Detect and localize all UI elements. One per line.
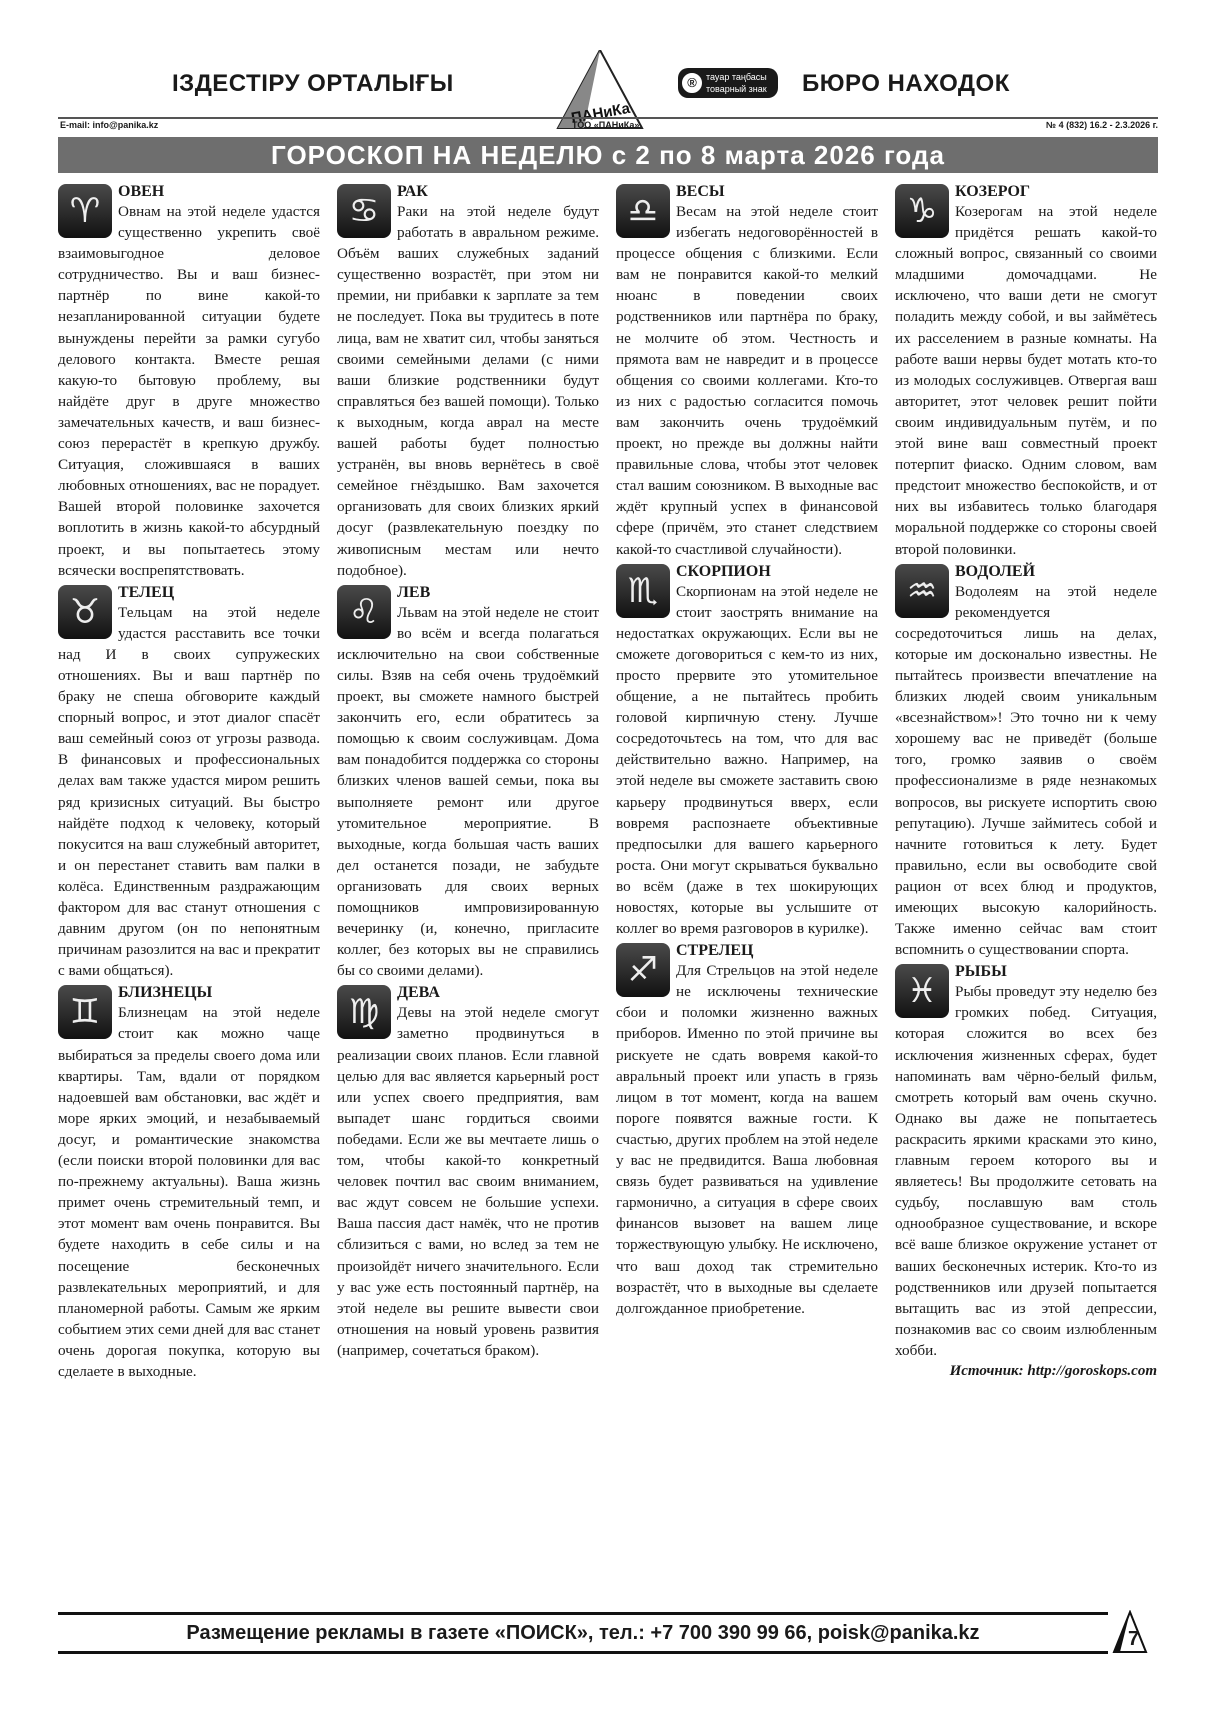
aries-icon: ♈ [58, 184, 112, 238]
sign-virgo: ♍ ДЕВА Девы на этой неделе смогут заметн… [337, 983, 599, 1361]
sagittarius-icon: ♐ [616, 943, 670, 997]
sign-text: Козерогам на этой неделе придётся решать… [895, 201, 1157, 560]
gemini-icon: ♊ [58, 985, 112, 1039]
sign-sagittarius: ♐ СТРЕЛЕЦ Для Стрельцов на этой неделе н… [616, 941, 878, 1319]
sign-leo: ♌ ЛЕВ Львам на этой неделе не стоит во в… [337, 583, 599, 982]
sign-text: Рыбы проведут эту неделю без громких поб… [895, 981, 1157, 1361]
registered-icon: ® [682, 73, 702, 93]
sign-aquarius: ♒ ВОДОЛЕЙ Водолеям на этой неделе рекоме… [895, 562, 1157, 961]
trademark-ru: товарный знак [706, 84, 767, 94]
sign-taurus: ♉ ТЕЛЕЦ Тельцам на этой неделе удастся р… [58, 583, 320, 982]
horoscope-columns: ♈ ОВЕН Овнам на этой неделе удастся суще… [58, 182, 1158, 1592]
masthead-right-title: БЮРО НАХОДОК [802, 70, 1010, 98]
sign-text: Овнам на этой неделе удастся существенно… [58, 201, 320, 581]
page-number: 7 [1128, 1628, 1139, 1651]
trademark-badge: ® тауар таңбасы товарный знак [678, 68, 778, 98]
sign-text: Для Стрельцов на этой неделе не исключен… [616, 960, 878, 1319]
masthead-rule [58, 117, 1158, 119]
scorpio-icon: ♏ [616, 564, 670, 618]
sign-text: Львам на этой неделе не стоит во всём и … [337, 602, 599, 982]
libra-icon: ♎ [616, 184, 670, 238]
virgo-icon: ♍ [337, 985, 391, 1039]
sign-gemini: ♊ БЛИЗНЕЦЫ Близнецам на этой неделе стои… [58, 983, 320, 1382]
leo-icon: ♌ [337, 585, 391, 639]
sign-text: Раки на этой неделе будут работать в авр… [337, 201, 599, 581]
sign-scorpio: ♏ СКОРПИОН Скорпионам на этой неделе не … [616, 562, 878, 940]
sign-capricorn: ♑ КОЗЕРОГ Козерогам на этой неделе придё… [895, 182, 1157, 560]
source-link[interactable]: Источник: http://goroskops.com [895, 1363, 1157, 1380]
sign-text: Водолеям на этой неделе рекомендуется со… [895, 581, 1157, 961]
taurus-icon: ♉ [58, 585, 112, 639]
page-number-triangle [1100, 1610, 1148, 1654]
masthead: ІЗДЕСТІРУ ОРТАЛЫҒЫ ПАНиКа ® тауар таңбас… [60, 60, 1160, 122]
column-3: ♎ ВЕСЫ Весам на этой неделе стоит избега… [616, 182, 878, 1321]
page-title: ГОРОСКОП НА НЕДЕЛЮ с 2 по 8 марта 2026 г… [58, 137, 1158, 173]
column-2: ♋ РАК Раки на этой неделе будут работать… [337, 182, 599, 1363]
column-4: ♑ КОЗЕРОГ Козерогам на этой неделе придё… [895, 182, 1157, 1380]
company-name: ТОО «ПАНиКа» [572, 120, 639, 130]
sign-pisces: ♓ РЫБЫ Рыбы проведут эту неделю без гром… [895, 962, 1157, 1361]
sign-libra: ♎ ВЕСЫ Весам на этой неделе стоит избега… [616, 182, 878, 560]
sign-text: Скорпионам на этой неделе не стоит заост… [616, 581, 878, 940]
issue-number: № 4 (832) 16.2 - 2.3.2026 г. [1046, 120, 1158, 130]
sign-text: Тельцам на этой неделе удастся расставит… [58, 602, 320, 982]
sign-text: Девы на этой неделе смогут заметно продв… [337, 1002, 599, 1361]
sign-aries: ♈ ОВЕН Овнам на этой неделе удастся суще… [58, 182, 320, 581]
aquarius-icon: ♒ [895, 564, 949, 618]
footer-ad: Размещение рекламы в газете «ПОИСК», тел… [58, 1612, 1108, 1654]
sign-text: Близнецам на этой неделе стоит как можно… [58, 1002, 320, 1382]
pisces-icon: ♓ [895, 964, 949, 1018]
capricorn-icon: ♑ [895, 184, 949, 238]
sign-cancer: ♋ РАК Раки на этой неделе будут работать… [337, 182, 599, 581]
trademark-kz: тауар таңбасы [706, 72, 767, 82]
email-link[interactable]: E-mail: info@panika.kz [60, 120, 158, 130]
masthead-left-title: ІЗДЕСТІРУ ОРТАЛЫҒЫ [172, 70, 454, 98]
cancer-icon: ♋ [337, 184, 391, 238]
sign-text: Весам на этой неделе стоит избегать недо… [616, 201, 878, 560]
column-1: ♈ ОВЕН Овнам на этой неделе удастся суще… [58, 182, 320, 1384]
